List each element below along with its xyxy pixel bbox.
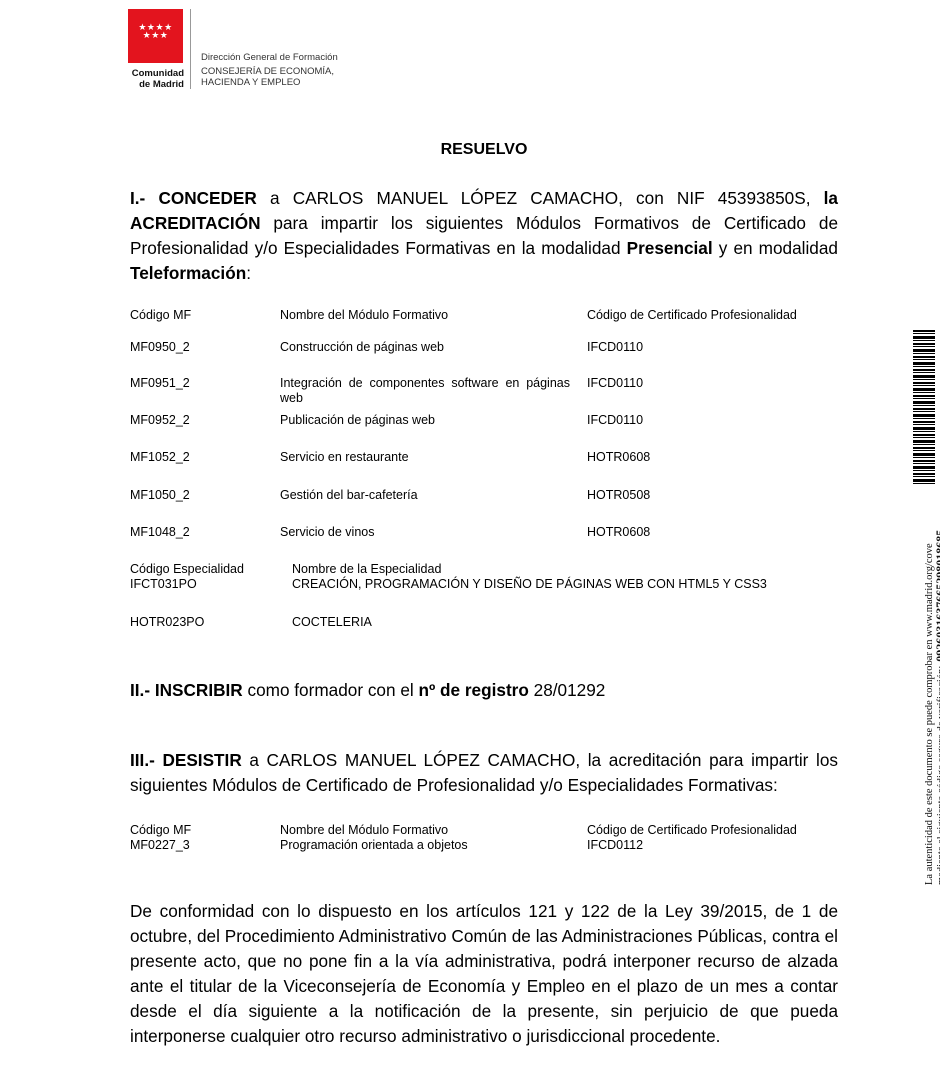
section-1-concede: I.- CONCEDER a CARLOS MANUEL LÓPEZ CAMAC… (130, 186, 838, 286)
legal-appeal-paragraph: De conformidad con lo dispuesto en los a… (130, 899, 838, 1049)
document-title: RESUELVO (0, 141, 940, 159)
department-name: Dirección General de Formación CONSEJERÍ… (201, 52, 338, 88)
section-3-desist: III.- DESISTIR a CARLOS MANUEL LÓPEZ CAM… (130, 748, 838, 798)
verification-code: 0926031637665298018685 (933, 530, 940, 662)
logo-name: Comunidad de Madrid (128, 68, 184, 90)
logo-divider (190, 9, 191, 89)
verification-notice: La autenticidad de este documento se pue… (924, 530, 940, 885)
section-2-inscribe: II.- INSCRIBIR como formador con el nº d… (130, 678, 838, 703)
stars-icon: ★★★★★★★ (128, 24, 183, 40)
barcode-icon (913, 330, 935, 485)
